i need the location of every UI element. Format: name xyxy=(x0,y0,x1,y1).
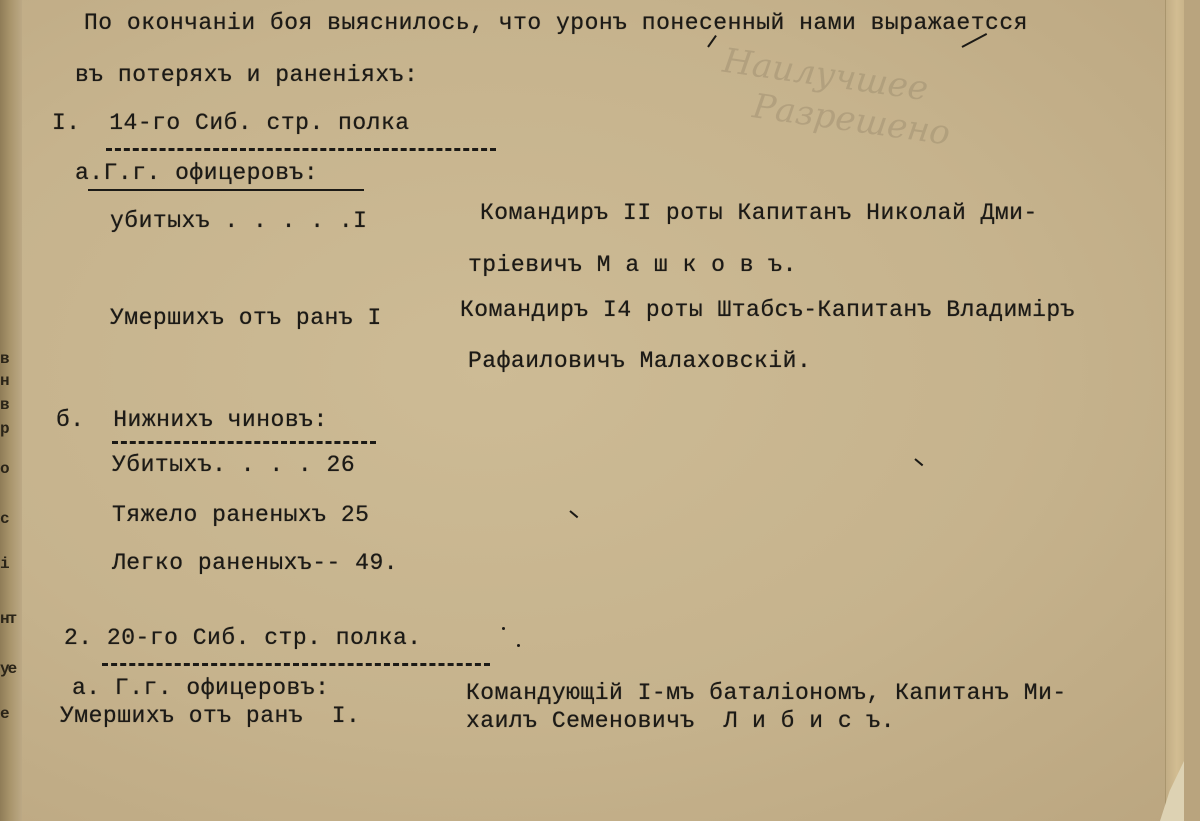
binding-fragment: уе xyxy=(0,660,20,678)
pencil-mark xyxy=(569,510,578,518)
document-page: Наилучшее Разрешено По окончанiи боя выя… xyxy=(22,0,1184,821)
officers-killed-detail: трiевичъ М а ш к о в ъ. xyxy=(468,252,797,278)
lower-ranks-underline xyxy=(112,441,376,444)
officers-killed-detail: Командиръ II роты Капитанъ Николай Дми- xyxy=(480,200,1038,226)
binding-fragment: в xyxy=(0,396,20,414)
ink-speck xyxy=(502,627,505,630)
heading-underline xyxy=(102,663,490,666)
binding-gutter: в н в р о с і нт уе е xyxy=(0,0,22,821)
officers-died-label: Умершихъ отъ ранъ I xyxy=(110,305,382,331)
officers-underline xyxy=(88,189,364,191)
officers-heading: а.Г.г. офицеровъ: xyxy=(75,160,318,186)
officers-died-detail: Командующiй I-мъ баталiономъ, Капитанъ М… xyxy=(466,680,1067,706)
officers-died-label: Умершихъ отъ ранъ I. xyxy=(60,703,360,729)
officers-died-detail: Рафаиловичъ Малаховскiй. xyxy=(468,348,811,374)
binding-fragment: і xyxy=(0,555,20,573)
binding-fragment: с xyxy=(0,510,20,528)
officers-died-detail: хаилъ Семеновичъ Л и б и с ъ. xyxy=(466,708,895,734)
lower-ranks-heading: б. Нижнихъ чиновъ: xyxy=(56,407,328,433)
lower-ranks-killed: Убитыхъ. . . . 26 xyxy=(112,452,355,478)
binding-fragment: н xyxy=(0,372,20,390)
intro-line: По окончанiи боя выяснилось, что уронъ п… xyxy=(84,10,1028,36)
binding-fragment: р xyxy=(0,420,20,438)
section-heading: 2. 20-го Сиб. стр. полка. xyxy=(64,625,422,651)
officers-died-detail: Командиръ I4 роты Штабсъ-Капитанъ Владим… xyxy=(460,297,1075,323)
officers-killed-label: убитыхъ . . . . .I xyxy=(110,208,367,234)
pencil-mark xyxy=(707,35,717,48)
page-edge xyxy=(1165,0,1184,821)
pencil-mark xyxy=(914,458,923,466)
section-heading: I. 14-го Сиб. стр. полка xyxy=(52,110,410,136)
binding-fragment: о xyxy=(0,460,20,478)
binding-fragment: нт xyxy=(0,610,20,628)
binding-fragment: е xyxy=(0,705,20,723)
intro-line: въ потеряхъ и раненiяхъ: xyxy=(75,62,418,88)
lower-ranks-heavily-wounded: Тяжело раненыхъ 25 xyxy=(112,502,369,528)
ink-speck xyxy=(517,644,520,647)
binding-fragment: в xyxy=(0,350,20,368)
officers-heading: а. Г.г. офицеровъ: xyxy=(72,675,329,701)
heading-underline xyxy=(106,148,496,151)
lower-ranks-lightly-wounded: Легко раненыхъ-- 49. xyxy=(112,550,398,576)
